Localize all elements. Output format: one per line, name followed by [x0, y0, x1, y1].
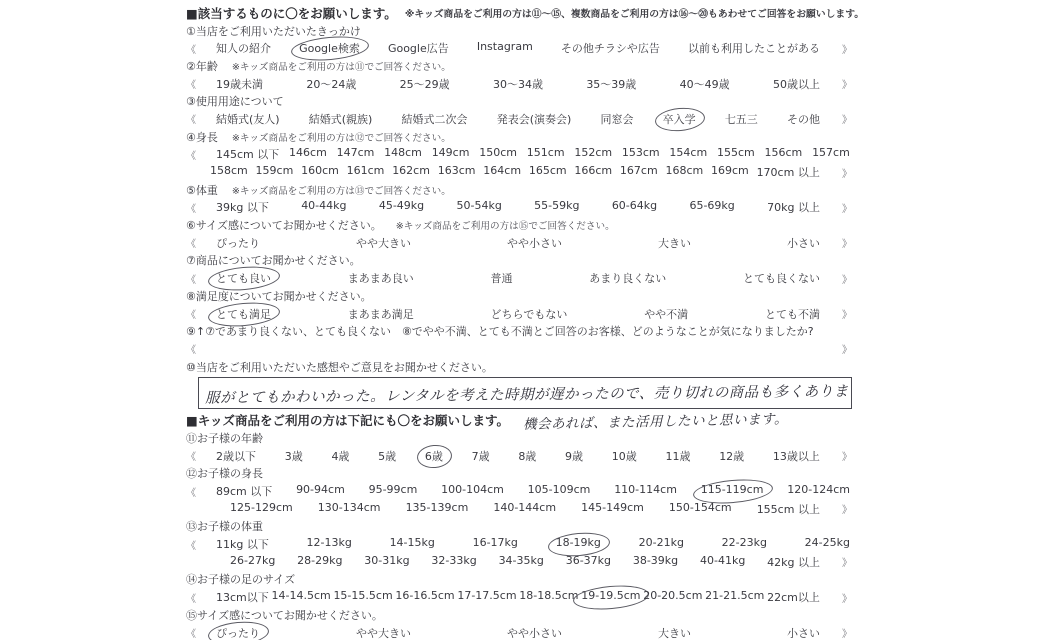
- option: 20-20.5cm: [643, 589, 702, 605]
- option-circled: 卒入学: [663, 111, 696, 127]
- option: 32-33kg: [431, 554, 476, 570]
- question-questions-6: ⑥サイズ感についてお聞かせください。※キッズ商品をご利用の方は⑮でご回答ください…: [186, 216, 852, 234]
- handwritten-comment: 服がとてもかわいかった。レンタルを考えた時期が遅かったので、売り切れの商品も多く…: [205, 379, 852, 407]
- question-label: ③使用用途について: [186, 93, 284, 109]
- option-row: 125-129cm130-134cm135-139cm140-144cm145-…: [186, 500, 852, 518]
- option: 結婚式(友人): [216, 111, 280, 127]
- option: 159cm: [256, 164, 294, 180]
- option: とても不満: [765, 306, 820, 322]
- option-circled: とても良い: [216, 270, 271, 286]
- options-group: 158cm159cm160cm161cm162cm163cm164cm165cm…: [196, 164, 836, 180]
- question-label: ⑦商品についてお聞かせください。: [186, 252, 361, 268]
- bracket-close: 》: [836, 235, 852, 250]
- option-row: 《89cm 以下90-94cm95-99cm100-104cm105-109cm…: [186, 482, 852, 500]
- questions-kids-section: ⑪お子様の年齢《2歳以下3歳4歳5歳6歳7歳8歳9歳10歳11歳12歳13歳以上…: [186, 429, 852, 640]
- options-group: ぴったりやや大きいやや小さい大きい小さい: [202, 625, 836, 640]
- option-circled: 115-119cm: [701, 483, 764, 499]
- option: 21-21.5cm: [705, 589, 764, 605]
- option: 130-134cm: [318, 501, 381, 517]
- options-group: [202, 348, 836, 349]
- option: 158cm: [210, 164, 248, 180]
- option: 13cm以下: [216, 589, 269, 605]
- bracket-open: 《: [186, 537, 202, 552]
- option: やや不満: [644, 306, 688, 322]
- option: 19歳未満: [216, 76, 263, 92]
- option: 七五三: [725, 111, 758, 127]
- option: 36-37kg: [566, 554, 611, 570]
- question-questions-5: ⑤体重※キッズ商品をご利用の方は⑬でご回答ください。: [186, 181, 852, 199]
- option: 普通: [491, 270, 513, 286]
- option: 38-39kg: [633, 554, 678, 570]
- question-note: ※キッズ商品をご利用の方は⑪でご回答ください。: [232, 59, 451, 73]
- question-note: ※キッズ商品をご利用の方は⑫でご回答ください。: [232, 130, 451, 144]
- option: 42kg 以上: [767, 554, 820, 570]
- bracket-open: 《: [186, 76, 202, 91]
- question-label: ⑮サイズ感についてお聞かせください。: [186, 607, 383, 623]
- question-questions-9: ⑨↑⑦であまり良くない、とても良くない ⑧でやや不満、とても不満とご回答のお客様…: [186, 322, 852, 340]
- bracket-close: 》: [836, 501, 852, 516]
- bracket-close: 》: [836, 625, 852, 640]
- option: Google広告: [388, 40, 449, 56]
- option: 40～49歳: [680, 76, 730, 92]
- option: 162cm: [392, 164, 430, 180]
- kids-section-title: ■キッズ商品をご利用の方は下記にも〇をお願いします。: [186, 411, 509, 429]
- options-group: ぴったりやや大きいやや小さい大きい小さい: [202, 235, 836, 251]
- options-group: 結婚式(友人)結婚式(親族)結婚式二次会発表会(演奏会)同窓会卒入学七五三その他: [202, 111, 836, 127]
- option-row: 《39kg 以下40-44kg45-49kg50-54kg55-59kg60-6…: [186, 199, 852, 217]
- option: 26-27kg: [230, 554, 275, 570]
- option: 145-149cm: [581, 501, 644, 517]
- option: 9歳: [565, 448, 583, 464]
- option: 小さい: [787, 625, 820, 640]
- bracket-open: 《: [186, 200, 202, 215]
- question-questions-1: ①当店をご利用いただいたきっかけ: [186, 22, 852, 40]
- options-group: 13cm以下14-14.5cm15-15.5cm16-16.5cm17-17.5…: [202, 589, 836, 605]
- option: 24-25kg: [805, 536, 850, 552]
- option: 170cm 以上: [757, 164, 820, 180]
- option: やや大きい: [356, 625, 411, 640]
- bracket-open: 《: [186, 590, 202, 605]
- option: 14-15kg: [390, 536, 435, 552]
- option: 34-35kg: [499, 554, 544, 570]
- option: 2歳以下: [216, 448, 256, 464]
- option: 13歳以上: [773, 448, 820, 464]
- option: 8歳: [518, 448, 536, 464]
- option: 3歳: [285, 448, 303, 464]
- option: 148cm: [384, 146, 422, 162]
- question-label: ⑤体重: [186, 182, 218, 198]
- bracket-open: 《: [186, 306, 202, 321]
- option: 100-104cm: [441, 483, 504, 499]
- option: 発表会(演奏会): [497, 111, 572, 127]
- option: 157cm: [812, 146, 850, 162]
- questions-main-section: ①当店をご利用いただいたきっかけ《知人の紹介Google検索Google広告In…: [186, 22, 852, 376]
- option: 145cm 以下: [216, 146, 279, 162]
- option: 155cm 以上: [757, 501, 820, 517]
- option: 4歳: [331, 448, 349, 464]
- option: 147cm: [337, 146, 375, 162]
- option: 156cm: [765, 146, 803, 162]
- option: 20-21kg: [639, 536, 684, 552]
- option-circled: 19-19.5cm: [581, 589, 640, 605]
- question-questions-8: ⑧満足度についてお聞かせください。: [186, 287, 852, 305]
- option: 16-16.5cm: [395, 589, 454, 605]
- option: 大きい: [658, 625, 691, 640]
- question-kids_questions-5: ⑮サイズ感についてお聞かせください。: [186, 606, 852, 624]
- option-row: 《ぴったりやや大きいやや小さい大きい小さい》: [186, 234, 852, 252]
- option: 105-109cm: [528, 483, 591, 499]
- question-label: ⑪お子様の年齢: [186, 430, 263, 446]
- option: やや小さい: [507, 625, 562, 640]
- option: 50歳以上: [773, 76, 820, 92]
- option: 知人の紹介: [216, 40, 271, 56]
- bracket-close: 》: [836, 200, 852, 215]
- bracket-open: 《: [186, 271, 202, 286]
- option: 65-69kg: [689, 199, 734, 215]
- option: 16-17kg: [473, 536, 518, 552]
- option-row: 《13cm以下14-14.5cm15-15.5cm16-16.5cm17-17.…: [186, 588, 852, 606]
- option: 大きい: [658, 235, 691, 251]
- options-group: 125-129cm130-134cm135-139cm140-144cm145-…: [196, 501, 836, 517]
- option: 小さい: [787, 235, 820, 251]
- option: 12歳: [719, 448, 744, 464]
- option-row: 《》: [186, 340, 852, 358]
- option: 153cm: [622, 146, 660, 162]
- form-header: ■該当するものに〇をお願いします。 ※キッズ商品をご利用の方は⑪～⑮、複数商品を…: [186, 4, 852, 22]
- option: 168cm: [665, 164, 703, 180]
- option: その他: [787, 111, 820, 127]
- option: 135-139cm: [406, 501, 469, 517]
- option: 70kg 以上: [767, 199, 820, 215]
- bracket-open: 《: [186, 41, 202, 56]
- option: 結婚式(親族): [309, 111, 373, 127]
- question-note: ※キッズ商品をご利用の方は⑮でご回答ください。: [396, 218, 615, 232]
- option: 149cm: [432, 146, 470, 162]
- bracket-close: 》: [836, 554, 852, 569]
- question-label: ④身長: [186, 129, 218, 145]
- option-circled: 6歳: [425, 448, 443, 464]
- option-row: 《19歳未満20～24歳25～29歳30～34歳35～39歳40～49歳50歳以…: [186, 75, 852, 93]
- option: とても良くない: [743, 270, 820, 286]
- options-group: 19歳未満20～24歳25～29歳30～34歳35～39歳40～49歳50歳以上: [202, 76, 836, 92]
- option: 14-14.5cm: [271, 589, 330, 605]
- question-label: ⑬お子様の体重: [186, 518, 263, 534]
- option: 125-129cm: [230, 501, 293, 517]
- question-questions-2: ②年齢※キッズ商品をご利用の方は⑪でご回答ください。: [186, 57, 852, 75]
- question-label: ⑭お子様の足のサイズ: [186, 571, 295, 587]
- option: 151cm: [527, 146, 565, 162]
- bracket-open: 《: [186, 235, 202, 250]
- option: 20～24歳: [306, 76, 356, 92]
- question-label: ⑩当店をご利用いただいた感想やご意見をお聞かせください。: [186, 359, 493, 375]
- option: やや大きい: [356, 235, 411, 251]
- option-row: 《ぴったりやや大きいやや小さい大きい小さい》: [186, 624, 852, 640]
- question-label: ⑥サイズ感についてお聞かせください。: [186, 217, 382, 233]
- survey-sheet: ■該当するものに〇をお願いします。 ※キッズ商品をご利用の方は⑪～⑮、複数商品を…: [186, 4, 852, 640]
- bracket-close: 》: [836, 448, 852, 463]
- options-group: 145cm 以下146cm147cm148cm149cm150cm151cm15…: [202, 146, 852, 162]
- option-circled: 18-19kg: [556, 536, 601, 552]
- option: 10歳: [612, 448, 637, 464]
- option: 40-41kg: [700, 554, 745, 570]
- bracket-open: 《: [186, 484, 202, 499]
- option: 11kg 以下: [216, 536, 269, 552]
- options-group: とても満足まあまあ満足どちらでもないやや不満とても不満: [202, 306, 836, 322]
- option-row: 26-27kg28-29kg30-31kg32-33kg34-35kg36-37…: [186, 553, 852, 571]
- option: 12-13kg: [307, 536, 352, 552]
- option-row: 《とても良いまあまあ良い普通あまり良くないとても良くない》: [186, 269, 852, 287]
- options-group: 89cm 以下90-94cm95-99cm100-104cm105-109cm1…: [202, 483, 852, 499]
- option-circled: ぴったり: [216, 625, 260, 640]
- bracket-close: 》: [836, 271, 852, 286]
- option: 95-99cm: [369, 483, 418, 499]
- option: 結婚式二次会: [402, 111, 468, 127]
- question-label: ⑨↑⑦であまり良くない、とても良くない ⑧でやや不満、とても不満とご回答のお客様…: [186, 323, 814, 339]
- question-questions-4: ④身長※キッズ商品をご利用の方は⑫でご回答ください。: [186, 128, 852, 146]
- option: 164cm: [483, 164, 521, 180]
- option: 15-15.5cm: [333, 589, 392, 605]
- option: 90-94cm: [296, 483, 345, 499]
- option: 30-31kg: [364, 554, 409, 570]
- bracket-open: 《: [186, 448, 202, 463]
- question-kids_questions-1: ⑪お子様の年齢: [186, 429, 852, 447]
- option: 169cm: [711, 164, 749, 180]
- option-row: 《11kg 以下12-13kg14-15kg16-17kg18-19kg20-2…: [186, 535, 852, 553]
- options-group: 2歳以下3歳4歳5歳6歳7歳8歳9歳10歳11歳12歳13歳以上: [202, 448, 836, 464]
- option-row: 《結婚式(友人)結婚式(親族)結婚式二次会発表会(演奏会)同窓会卒入学七五三その…: [186, 110, 852, 128]
- option: 167cm: [620, 164, 658, 180]
- option-circled: Google検索: [299, 40, 360, 56]
- option: 166cm: [574, 164, 612, 180]
- options-group: 39kg 以下40-44kg45-49kg50-54kg55-59kg60-64…: [202, 199, 836, 215]
- option-circled: とても満足: [216, 306, 271, 322]
- options-group: 知人の紹介Google検索Google広告Instagramその他チラシや広告以…: [202, 40, 836, 56]
- option: 154cm: [669, 146, 707, 162]
- comment-box: 服がとてもかわいかった。レンタルを考えた時期が遅かったので、売り切れの商品も多く…: [198, 377, 852, 409]
- bracket-open: 《: [186, 341, 202, 356]
- bracket-close: 》: [836, 165, 852, 180]
- bracket-open: 《: [186, 625, 202, 640]
- bracket-close: 》: [836, 111, 852, 126]
- option: 55-59kg: [534, 199, 579, 215]
- option: 150cm: [479, 146, 517, 162]
- option-row: 《とても満足まあまあ満足どちらでもないやや不満とても不満》: [186, 305, 852, 323]
- option: 17-17.5cm: [457, 589, 516, 605]
- bracket-open: 《: [186, 147, 202, 162]
- option: 120-124cm: [787, 483, 850, 499]
- option: 18-18.5cm: [519, 589, 578, 605]
- option: どちらでもない: [491, 306, 568, 322]
- bracket-close: 》: [836, 590, 852, 605]
- option: 110-114cm: [614, 483, 677, 499]
- option: 160cm: [301, 164, 339, 180]
- options-group: とても良いまあまあ良い普通あまり良くないとても良くない: [202, 270, 836, 286]
- option: 28-29kg: [297, 554, 342, 570]
- kids-section-header: ■キッズ商品をご利用の方は下記にも〇をお願いします。 機会あれば、また活用したい…: [186, 411, 852, 429]
- option: 140-144cm: [493, 501, 556, 517]
- option: まあまあ良い: [348, 270, 414, 286]
- question-label: ⑧満足度についてお聞かせください。: [186, 288, 372, 304]
- option: 22-23kg: [722, 536, 767, 552]
- options-group: 26-27kg28-29kg30-31kg32-33kg34-35kg36-37…: [196, 554, 836, 570]
- form-header-note: ※キッズ商品をご利用の方は⑪～⑮、複数商品をご利用の方は⑯～⑳もあわせてご回答を…: [405, 6, 864, 20]
- option: 155cm: [717, 146, 755, 162]
- question-label: ②年齢: [186, 58, 218, 74]
- bracket-close: 》: [836, 41, 852, 56]
- option: 40-44kg: [301, 199, 346, 215]
- question-kids_questions-3: ⑬お子様の体重: [186, 518, 852, 536]
- question-questions-7: ⑦商品についてお聞かせください。: [186, 252, 852, 270]
- option: ぴったり: [216, 235, 260, 251]
- option: 161cm: [347, 164, 385, 180]
- option: 150-154cm: [669, 501, 732, 517]
- option: 7歳: [472, 448, 490, 464]
- option-row: 《145cm 以下146cm147cm148cm149cm150cm151cm1…: [186, 146, 852, 164]
- option: 50-54kg: [457, 199, 502, 215]
- option: 以前も利用したことがある: [688, 40, 820, 56]
- option-row: 《知人の紹介Google検索Google広告Instagramその他チラシや広告…: [186, 39, 852, 57]
- question-kids_questions-4: ⑭お子様の足のサイズ: [186, 571, 852, 589]
- question-questions-3: ③使用用途について: [186, 92, 852, 110]
- bracket-close: 》: [836, 306, 852, 321]
- question-questions-10: ⑩当店をご利用いただいた感想やご意見をお聞かせください。: [186, 358, 852, 376]
- option: 152cm: [574, 146, 612, 162]
- question-label: ⑫お子様の身長: [186, 465, 263, 481]
- options-group: 11kg 以下12-13kg14-15kg16-17kg18-19kg20-21…: [202, 536, 852, 552]
- option: 60-64kg: [612, 199, 657, 215]
- option: 89cm 以下: [216, 483, 272, 499]
- option: やや小さい: [507, 235, 562, 251]
- bracket-close: 》: [836, 341, 852, 356]
- option: Instagram: [477, 40, 533, 56]
- option: 146cm: [289, 146, 327, 162]
- option: 163cm: [438, 164, 476, 180]
- option: 5歳: [378, 448, 396, 464]
- question-note: ※キッズ商品をご利用の方は⑬でご回答ください。: [232, 183, 451, 197]
- option: その他チラシや広告: [561, 40, 660, 56]
- question-kids_questions-2: ⑫お子様の身長: [186, 465, 852, 483]
- option: まあまあ満足: [348, 306, 414, 322]
- option: 22cm以上: [767, 589, 820, 605]
- option: 35～39歳: [586, 76, 636, 92]
- option: 同窓会: [600, 111, 633, 127]
- option-row: 《2歳以下3歳4歳5歳6歳7歳8歳9歳10歳11歳12歳13歳以上》: [186, 447, 852, 465]
- form-title: ■該当するものに〇をお願いします。: [186, 4, 397, 22]
- option: 25～29歳: [400, 76, 450, 92]
- option: あまり良くない: [589, 270, 666, 286]
- option: 11歳: [665, 448, 690, 464]
- bracket-open: 《: [186, 111, 202, 126]
- option: 165cm: [529, 164, 567, 180]
- option: 39kg 以下: [216, 199, 269, 215]
- bracket-close: 》: [836, 76, 852, 91]
- option: 45-49kg: [379, 199, 424, 215]
- option-row: 158cm159cm160cm161cm162cm163cm164cm165cm…: [186, 163, 852, 181]
- question-label: ①当店をご利用いただいたきっかけ: [186, 23, 361, 39]
- option: 30～34歳: [493, 76, 543, 92]
